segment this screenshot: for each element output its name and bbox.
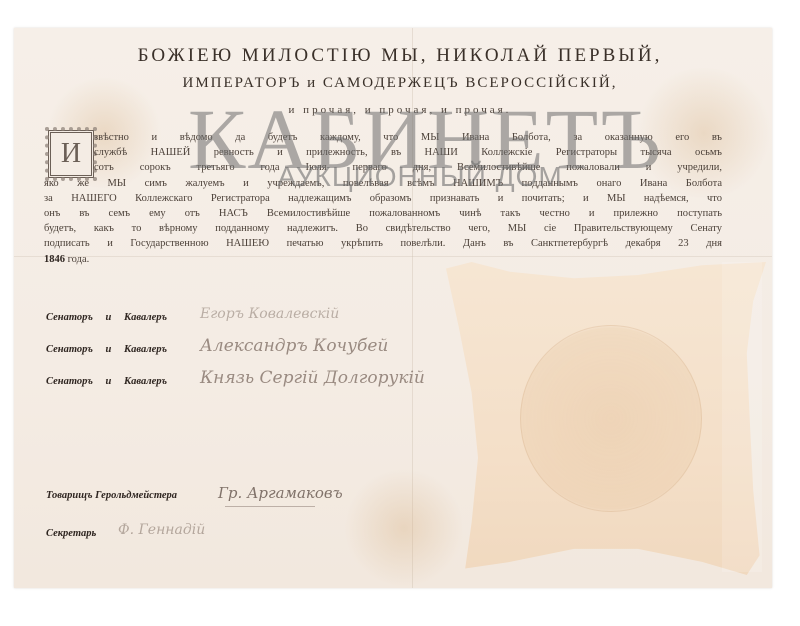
herald-row: Товарищъ Герольдмейстера [46,490,177,501]
year-line: 1846 года. [44,252,722,267]
signature-title: Сенаторъ [46,344,93,355]
heading-line-1: БОЖІЕЮ МИЛОСТІЮ МЫ, НИКОЛАЙ ПЕРВЫЙ, [0,45,800,67]
signature-row-2: Сенаторъ и Кавалеръ [46,344,167,355]
signature-rank: Кавалеръ [124,376,167,387]
signature-title: Сенаторъ [46,312,93,323]
signature-conj: и [106,376,112,387]
illuminated-initial: И [48,130,94,178]
signature-title: Сенаторъ [46,376,93,387]
signature-row-3: Сенаторъ и Кавалеръ [46,376,167,387]
embossed-seal [520,325,702,512]
herald-title: Товарищъ Герольдмейстера [46,490,177,501]
seal-cover-fold [722,262,762,572]
body-line: за НАШЕГО Коллежскаго Регистратора надле… [44,191,722,206]
signature-underline [225,506,315,507]
signature-rank: Кавалеръ [124,344,167,355]
year-word: года. [68,254,90,265]
signature-rank: Кавалеръ [124,312,167,323]
body-line: подписать и Государственною НАШЕЮ печать… [44,236,722,251]
body-line: будетъ, какъ то вѣрному подданному надле… [44,221,722,236]
herald-signature: Гр. Аргамаковъ [218,484,343,502]
handwritten-signature: Александръ Кочубей [200,336,388,356]
year-value: 1846 [44,254,65,265]
signature-conj: и [106,312,112,323]
paper-stain [344,468,464,588]
body-line: онъ въ семъ ему отъ НАСЪ Всемилостивѣйше… [44,206,722,221]
signature-conj: и [106,344,112,355]
signature-row-1: Сенаторъ и Кавалеръ [46,312,167,323]
secretary-signature: Ф. Геннадій [118,522,205,538]
secretary-title: Секретарь [46,528,96,539]
secretary-row: Секретарь [46,528,96,539]
handwritten-signature: Егоръ Ковалевскій [200,306,339,322]
heading-line-2: ИМПЕРАТОРЪ и САМОДЕРЖЕЦЪ ВСЕРОССІЙСКІЙ, [0,75,800,92]
watermark-subtitle: АУКЦИОННЫЙ ДОМ [230,161,610,193]
handwritten-signature: Князь Сергій Долгорукій [200,368,425,388]
